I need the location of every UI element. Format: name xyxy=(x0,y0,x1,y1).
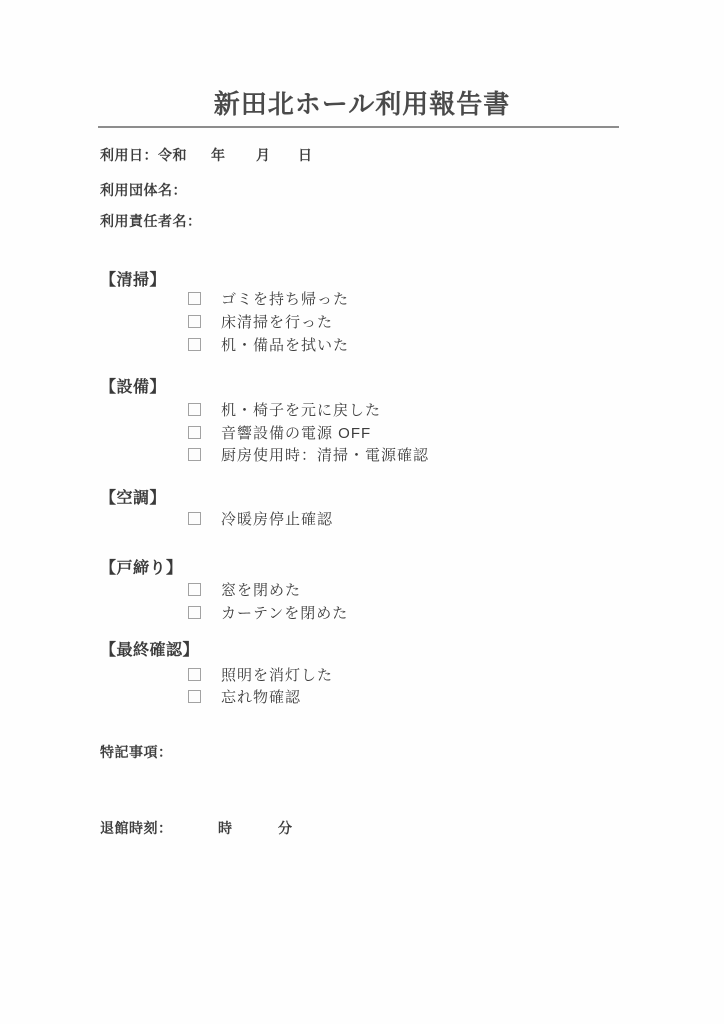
checkbox-icon xyxy=(188,338,201,351)
checkbox-icon xyxy=(188,606,201,619)
checkbox-icon xyxy=(188,690,201,703)
checklist-item: カーテンを閉めた xyxy=(188,604,348,620)
checklist-item: ゴミを持ち帰った xyxy=(188,290,349,306)
group-name-label: 利用団体名： xyxy=(100,180,187,200)
section-heading-final-check: 【最終確認】 xyxy=(100,637,199,660)
year-label: 年 xyxy=(211,145,226,165)
checklist-item: 床清掃を行った xyxy=(188,313,333,329)
checklist-item-label: 照明を消灯した xyxy=(221,664,333,685)
scanned-report-page: 新田北ホール利用報告書 利用日：令和 年 月 日 利用団体名： 利用責任者名： … xyxy=(0,0,724,1024)
minute-label: 分 xyxy=(278,818,293,838)
page-title: 新田北ホール利用報告書 xyxy=(0,84,724,121)
checklist-item: 忘れ物確認 xyxy=(188,688,301,704)
section-heading-equipment: 【設備】 xyxy=(100,374,166,397)
checklist-item: 机・備品を拭いた xyxy=(188,336,349,352)
checklist-item-label: 窓を閉めた xyxy=(221,579,301,600)
checklist-item: 照明を消灯した xyxy=(188,666,333,682)
checklist-item: 音響設備の電源 OFF xyxy=(188,424,371,440)
checkout-time-label: 退館時刻： xyxy=(100,818,173,838)
checklist-item-label: 厨房使用時：清掃・電源確認 xyxy=(221,444,429,465)
checkbox-icon xyxy=(188,315,201,328)
checkbox-icon xyxy=(188,403,201,416)
checklist-item: 机・椅子を元に戻した xyxy=(188,401,381,417)
checklist-item-label: 机・椅子を元に戻した xyxy=(221,399,381,420)
checklist-item-label: 冷暖房停止確認 xyxy=(221,508,333,529)
checkbox-icon xyxy=(188,512,201,525)
checkbox-icon xyxy=(188,426,201,439)
checklist-item-label: 机・備品を拭いた xyxy=(221,334,349,355)
month-label: 月 xyxy=(256,145,271,165)
checklist-item: 厨房使用時：清掃・電源確認 xyxy=(188,446,429,462)
checkbox-icon xyxy=(188,448,201,461)
checklist-item-label: 忘れ物確認 xyxy=(221,686,301,707)
checklist-item-label: 音響設備の電源 OFF xyxy=(221,422,371,443)
use-date-label: 利用日：令和 xyxy=(100,145,187,165)
hour-label: 時 xyxy=(218,818,233,838)
checklist-item: 冷暖房停止確認 xyxy=(188,510,333,526)
checkbox-icon xyxy=(188,583,201,596)
checkbox-icon xyxy=(188,668,201,681)
manager-name-label: 利用責任者名： xyxy=(100,211,202,231)
special-notes-label: 特記事項： xyxy=(100,742,173,762)
checkbox-icon xyxy=(188,292,201,305)
section-heading-aircon: 【空調】 xyxy=(100,485,166,508)
day-label: 日 xyxy=(298,145,313,165)
checklist-item: 窓を閉めた xyxy=(188,581,301,597)
section-heading-lockup: 【戸締り】 xyxy=(100,555,183,578)
title-underline xyxy=(98,126,619,128)
checklist-item-label: カーテンを閉めた xyxy=(221,602,348,623)
section-heading-cleaning: 【清掃】 xyxy=(100,267,166,290)
checklist-item-label: 床清掃を行った xyxy=(221,311,333,332)
checklist-item-label: ゴミを持ち帰った xyxy=(221,288,349,309)
